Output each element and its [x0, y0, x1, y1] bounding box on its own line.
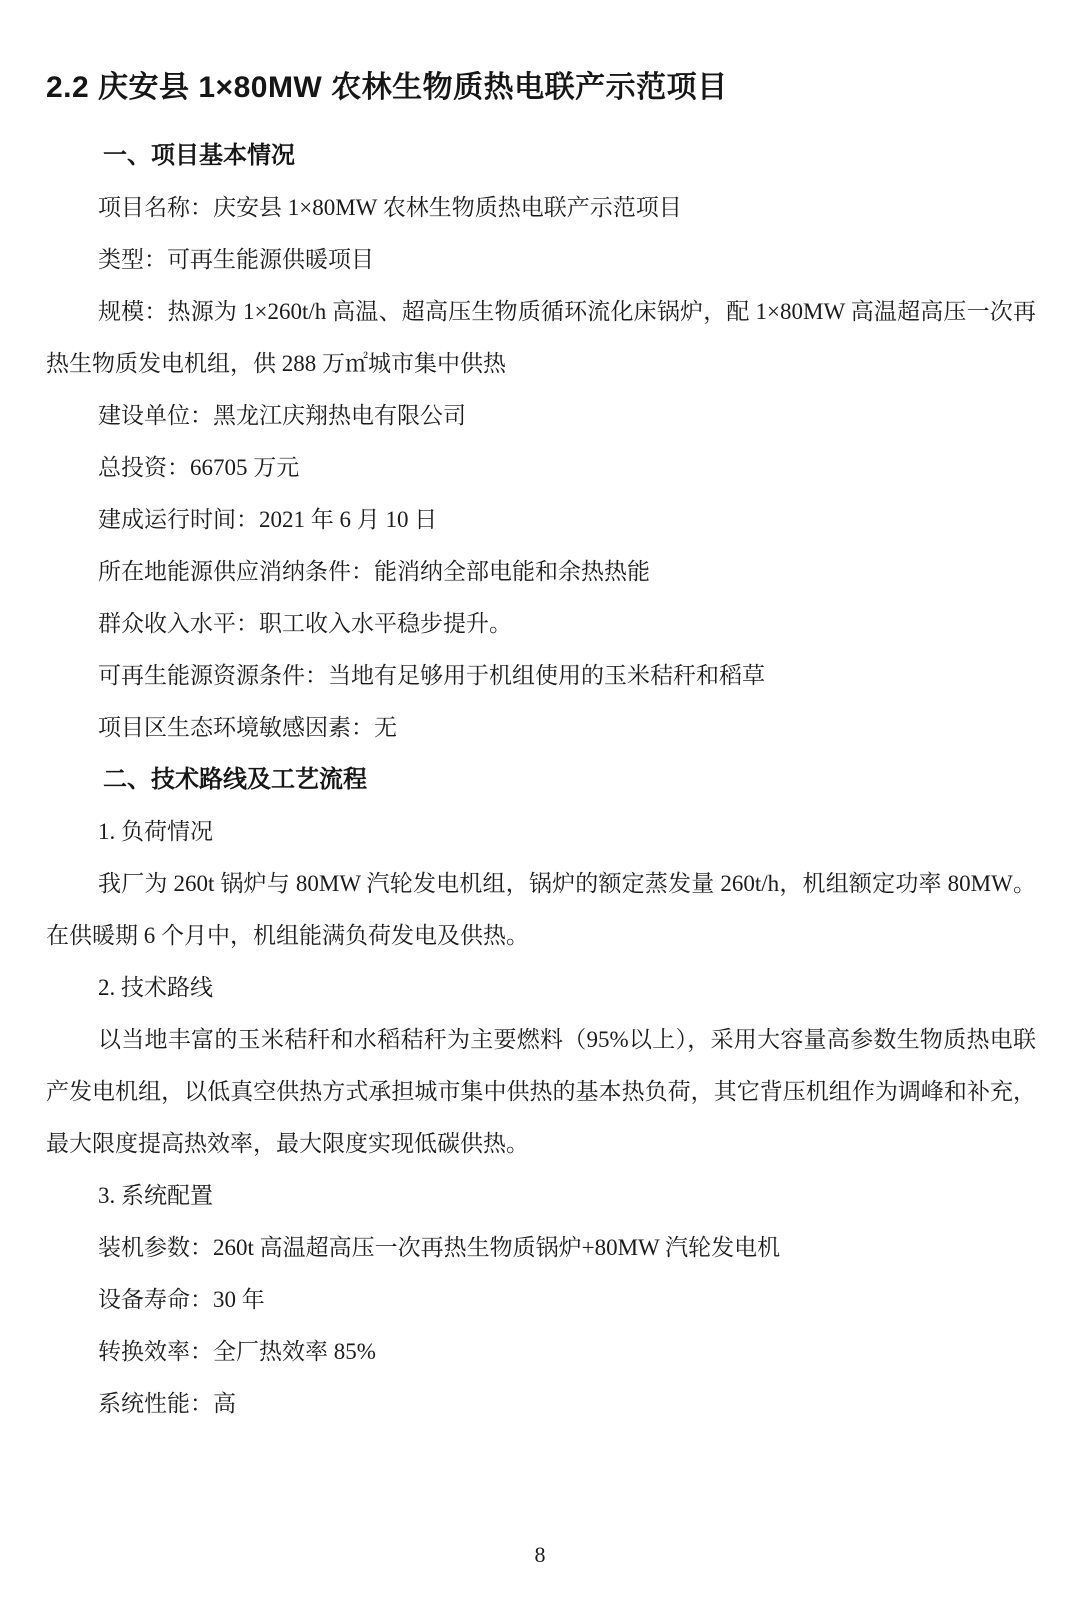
- paragraph-construction-unit: 建设单位：黑龙江庆翔热电有限公司: [46, 390, 1036, 442]
- paragraph-energy-consumption: 所在地能源供应消纳条件：能消纳全部电能和余热热能: [46, 546, 1036, 598]
- page-number: 8: [0, 1542, 1080, 1568]
- paragraph-load-situation: 我厂为 260t 锅炉与 80MW 汽轮发电机组，锅炉的额定蒸发量 260t/h…: [46, 858, 1036, 962]
- paragraph-project-scale: 规模：热源为 1×260t/h 高温、超高压生物质循环流化床锅炉，配 1×80M…: [46, 286, 1036, 390]
- heading-technical-route: 二、技术路线及工艺流程: [46, 754, 1036, 806]
- paragraph-conversion-efficiency: 转换效率：全厂热效率 85%: [46, 1326, 1036, 1378]
- paragraph-project-type: 类型：可再生能源供暖项目: [46, 234, 1036, 286]
- paragraph-eco-sensitivity: 项目区生态环境敏感因素：无: [46, 702, 1036, 754]
- paragraph-renewable-resources: 可再生能源资源条件：当地有足够用于机组使用的玉米秸秆和稻草: [46, 650, 1036, 702]
- document-page: 2.2 庆安县 1×80MW 农林生物质热电联产示范项目 一、项目基本情况 项目…: [0, 0, 1080, 1598]
- heading-project-basic-info: 一、项目基本情况: [46, 130, 1036, 182]
- section-title: 2.2 庆安县 1×80MW 农林生物质热电联产示范项目: [46, 68, 1036, 108]
- paragraph-equipment-life: 设备寿命：30 年: [46, 1274, 1036, 1326]
- paragraph-installed-params: 装机参数：260t 高温超高压一次再热生物质锅炉+80MW 汽轮发电机: [46, 1222, 1036, 1274]
- paragraph-tech-route-title: 2. 技术路线: [46, 962, 1036, 1014]
- paragraph-income-level: 群众收入水平：职工收入水平稳步提升。: [46, 598, 1036, 650]
- paragraph-tech-route: 以当地丰富的玉米秸秆和水稻秸秆为主要燃料（95%以上），采用大容量高参数生物质热…: [46, 1014, 1036, 1170]
- paragraph-system-performance: 系统性能：高: [46, 1378, 1036, 1430]
- paragraph-total-investment: 总投资：66705 万元: [46, 442, 1036, 494]
- paragraph-load-situation-title: 1. 负荷情况: [46, 806, 1036, 858]
- paragraph-project-name: 项目名称：庆安县 1×80MW 农林生物质热电联产示范项目: [46, 182, 1036, 234]
- paragraph-system-config-title: 3. 系统配置: [46, 1170, 1036, 1222]
- paragraph-operation-date: 建成运行时间：2021 年 6 月 10 日: [46, 494, 1036, 546]
